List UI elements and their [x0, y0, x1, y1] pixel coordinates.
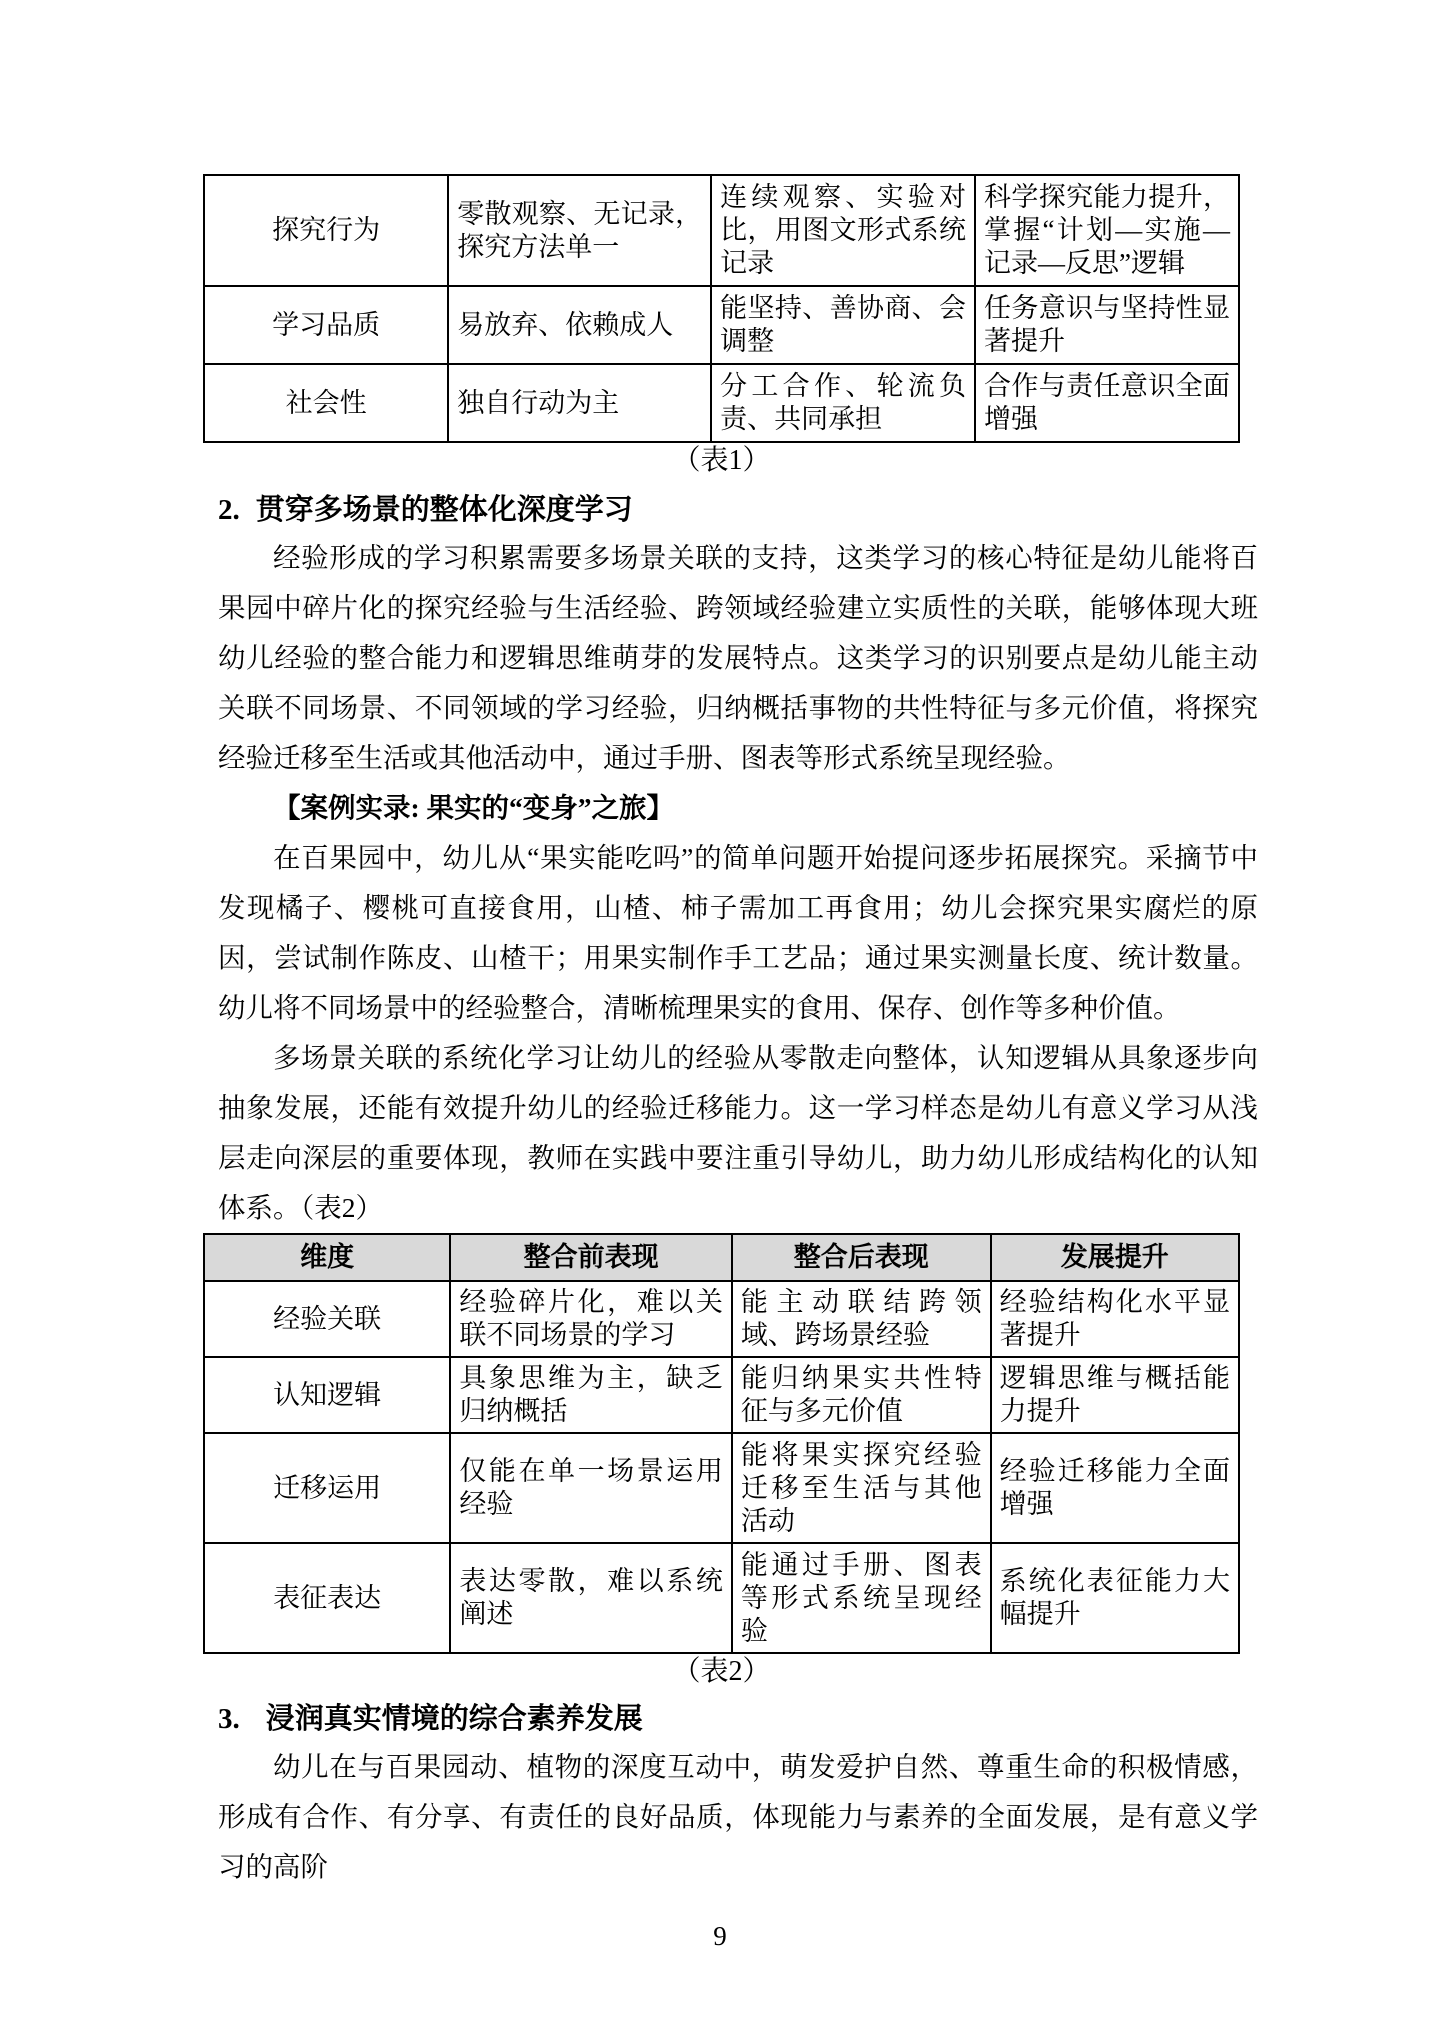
table-cell: 独自行动为主	[448, 364, 711, 442]
table2-caption: （表2）	[203, 1654, 1240, 1690]
section3-title: 浸润真实情境的综合素养发展	[266, 1703, 643, 1735]
section2-heading: 2.贯穿多场景的整体化深度学习	[218, 493, 1258, 527]
table-cell: 能主动联结跨领域、跨场景经验	[732, 1281, 991, 1357]
table-cell: 表达零散，难以系统阐述	[450, 1543, 732, 1653]
table-cell: 分工合作、轮流负责、共同承担	[711, 364, 975, 442]
table-cell: 表征表达	[204, 1543, 450, 1653]
table-cell: 科学探究能力提升，掌握“计划—实施—记录—反思”逻辑	[975, 175, 1239, 286]
page-number: 9	[0, 1918, 1440, 1954]
table-cell: 具象思维为主，缺乏归纳概括	[450, 1357, 732, 1433]
case-record-heading: 【案例实录: 果实的“变身”之旅】	[218, 783, 1258, 833]
table-cell: 合作与责任意识全面增强	[975, 364, 1239, 442]
table-cell: 探究行为	[204, 175, 448, 286]
document-page: 探究行为 零散观察、无记录，探究方法单一 连续观察、实验对比，用图文形式系统记录…	[0, 0, 1440, 2036]
table-cell: 能通过手册、图表等形式系统呈现经验	[732, 1543, 991, 1653]
table-header-cell: 整合前表现	[450, 1234, 732, 1281]
case-record-paragraph: 在百果园中，幼儿从“果实能吃吗”的简单问题开始提问逐步拓展探究。采摘节中发现橘子…	[218, 833, 1258, 1033]
table-row: 探究行为 零散观察、无记录，探究方法单一 连续观察、实验对比，用图文形式系统记录…	[204, 175, 1239, 286]
table-cell: 能坚持、善协商、会调整	[711, 286, 975, 364]
table-cell: 经验结构化水平显著提升	[991, 1281, 1239, 1357]
table1: 探究行为 零散观察、无记录，探究方法单一 连续观察、实验对比，用图文形式系统记录…	[203, 174, 1240, 443]
table-cell: 认知逻辑	[204, 1357, 450, 1433]
table-header-cell: 整合后表现	[732, 1234, 991, 1281]
table-row: 认知逻辑 具象思维为主，缺乏归纳概括 能归纳果实共性特征与多元价值 逻辑思维与概…	[204, 1357, 1239, 1433]
table-cell: 能将果实探究经验迁移至生活与其他活动	[732, 1433, 991, 1543]
table-cell: 社会性	[204, 364, 448, 442]
table-cell: 经验碎片化，难以关联不同场景的学习	[450, 1281, 732, 1357]
section2-number: 2.	[218, 494, 240, 526]
analysis-paragraph: 多场景关联的系统化学习让幼儿的经验从零散走向整体，认知逻辑从具象逐步向抽象发展，…	[218, 1033, 1258, 1233]
table-row: 迁移运用 仅能在单一场景运用经验 能将果实探究经验迁移至生活与其他活动 经验迁移…	[204, 1433, 1239, 1543]
section2-title: 贯穿多场景的整体化深度学习	[256, 494, 633, 526]
table-cell: 学习品质	[204, 286, 448, 364]
table-cell: 连续观察、实验对比，用图文形式系统记录	[711, 175, 975, 286]
table-cell: 迁移运用	[204, 1433, 450, 1543]
table-row: 社会性 独自行动为主 分工合作、轮流负责、共同承担 合作与责任意识全面增强	[204, 364, 1239, 442]
section3-paragraph: 幼儿在与百果园动、植物的深度互动中，萌发爱护自然、尊重生命的积极情感，形成有合作…	[218, 1742, 1258, 1892]
table-row: 学习品质 易放弃、依赖成人 能坚持、善协商、会调整 任务意识与坚持性显著提升	[204, 286, 1239, 364]
table-cell: 逻辑思维与概括能力提升	[991, 1357, 1239, 1433]
table2: 维度 整合前表现 整合后表现 发展提升 经验关联 经验碎片化，难以关联不同场景的…	[203, 1233, 1240, 1654]
document-content: 探究行为 零散观察、无记录，探究方法单一 连续观察、实验对比，用图文形式系统记录…	[218, 0, 1258, 1892]
section3-number: 3.	[218, 1703, 240, 1735]
table-cell: 仅能在单一场景运用经验	[450, 1433, 732, 1543]
table-cell: 零散观察、无记录，探究方法单一	[448, 175, 711, 286]
section2-paragraph: 经验形成的学习积累需要多场景关联的支持，这类学习的核心特征是幼儿能将百果园中碎片…	[218, 533, 1258, 783]
table-cell: 能归纳果实共性特征与多元价值	[732, 1357, 991, 1433]
table-cell: 易放弃、依赖成人	[448, 286, 711, 364]
table-cell: 任务意识与坚持性显著提升	[975, 286, 1239, 364]
table-cell: 经验迁移能力全面增强	[991, 1433, 1239, 1543]
section3-heading: 3.浸润真实情境的综合素养发展	[218, 1702, 1258, 1736]
table-header-row: 维度 整合前表现 整合后表现 发展提升	[204, 1234, 1239, 1281]
table-cell: 经验关联	[204, 1281, 450, 1357]
table1-caption: （表1）	[203, 443, 1240, 479]
table-row: 表征表达 表达零散，难以系统阐述 能通过手册、图表等形式系统呈现经验 系统化表征…	[204, 1543, 1239, 1653]
table-header-cell: 发展提升	[991, 1234, 1239, 1281]
table-cell: 系统化表征能力大幅提升	[991, 1543, 1239, 1653]
table-header-cell: 维度	[204, 1234, 450, 1281]
table-row: 经验关联 经验碎片化，难以关联不同场景的学习 能主动联结跨领域、跨场景经验 经验…	[204, 1281, 1239, 1357]
